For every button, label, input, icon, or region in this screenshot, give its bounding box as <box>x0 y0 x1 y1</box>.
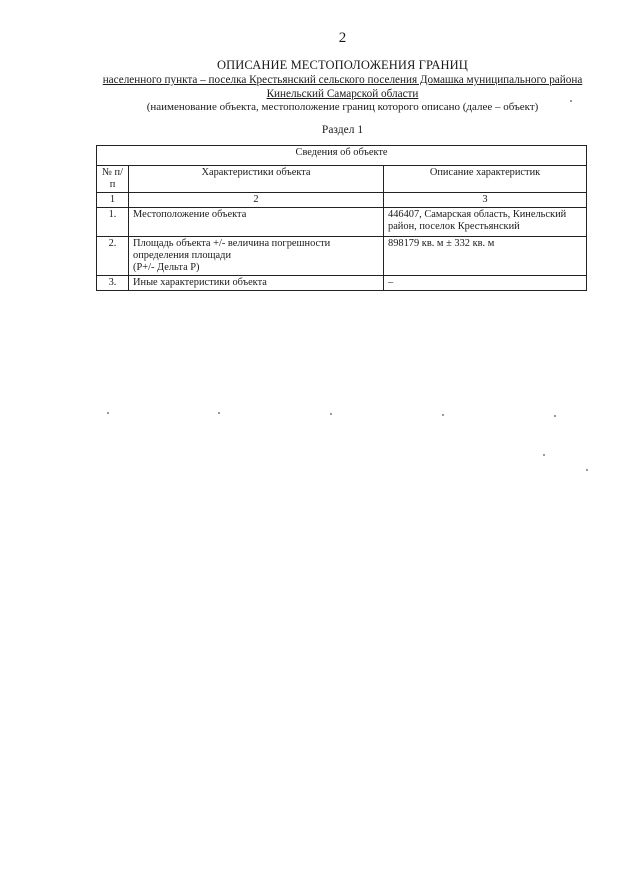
scan-speck <box>442 414 444 416</box>
row-description: 898179 кв. м ± 332 кв. м <box>384 237 587 276</box>
table-row: 3. Иные характеристики объекта – <box>97 276 587 291</box>
scan-speck <box>330 413 332 415</box>
row-description: 446407, Самарская область, Кинельский ра… <box>384 208 587 237</box>
row-number: 2. <box>97 237 129 276</box>
column-numbers-row: 1 2 3 <box>97 193 587 208</box>
subtitle-note: (наименование объекта, местоположение гр… <box>100 101 585 113</box>
column-number: 3 <box>384 193 587 208</box>
scan-speck <box>218 412 220 414</box>
column-number: 2 <box>129 193 384 208</box>
table-header-row: № п/п Характеристики объекта Описание ха… <box>97 166 587 193</box>
row-description: – <box>384 276 587 291</box>
subtitle-line-1: населенного пункта – поселка Крестьянски… <box>103 74 583 86</box>
column-header-description: Описание характеристик <box>384 166 587 193</box>
row-characteristic: Площадь объекта +/- величина погрешности… <box>129 237 384 276</box>
subtitle-line-2: Кинельский Самарской области <box>267 88 419 100</box>
row-number: 3. <box>97 276 129 291</box>
row-characteristic: Иные характеристики объекта <box>129 276 384 291</box>
table-row: 2. Площадь объекта +/- величина погрешно… <box>97 237 587 276</box>
table-caption: Сведения об объекте <box>97 146 587 166</box>
table-row: 1. Местоположение объекта 446407, Самарс… <box>97 208 587 237</box>
document-title: ОПИСАНИЕ МЕСТОПОЛОЖЕНИЯ ГРАНИЦ <box>0 58 623 73</box>
row-number: 1. <box>97 208 129 237</box>
scan-speck <box>586 469 588 471</box>
section-heading: Раздел 1 <box>0 124 623 136</box>
characteristic-line: (P+/- Дельта P) <box>133 262 200 273</box>
document-subtitle: населенного пункта – поселка Крестьянски… <box>100 73 585 101</box>
characteristic-line: определения площади <box>133 250 231 261</box>
page-number: 2 <box>0 30 623 47</box>
scan-speck <box>570 100 572 102</box>
scan-speck <box>107 412 109 414</box>
column-number: 1 <box>97 193 129 208</box>
scan-speck <box>543 454 545 456</box>
characteristic-line: Площадь объекта +/- величина погрешности <box>133 238 330 249</box>
column-header-characteristic: Характеристики объекта <box>129 166 384 193</box>
row-characteristic: Местоположение объекта <box>129 208 384 237</box>
scan-speck <box>554 415 556 417</box>
object-info-table: Сведения об объекте № п/п Характеристики… <box>96 145 587 291</box>
column-header-number: № п/п <box>97 166 129 193</box>
table-caption-row: Сведения об объекте <box>97 146 587 166</box>
